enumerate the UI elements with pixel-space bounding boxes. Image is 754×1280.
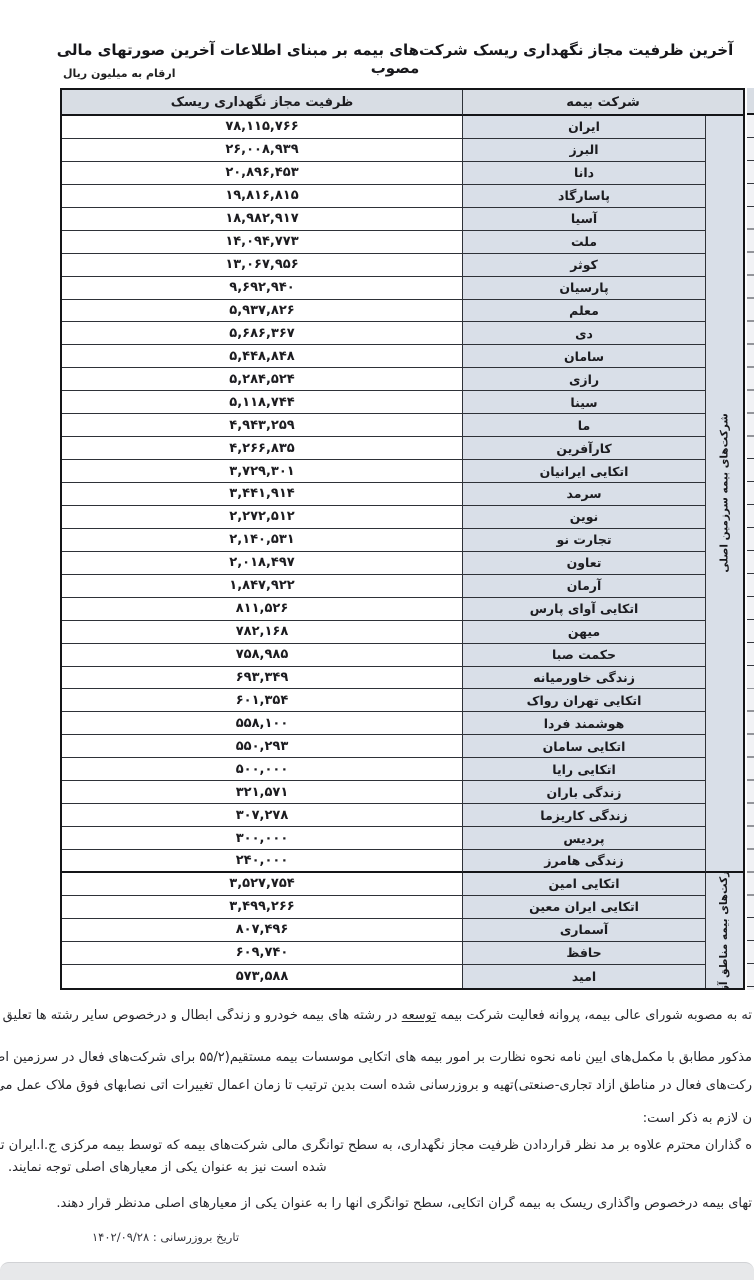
capacity-cell: ۸۱۱,۵۲۶ — [62, 598, 463, 621]
capacity-cell: ۵,۹۳۷,۸۲۶ — [62, 300, 463, 323]
footnote-3: ن لازم به ذکر است: — [0, 1111, 752, 1131]
capacity-cell: ۳,۴۹۹,۲۶۶ — [62, 896, 463, 919]
capacity-cell: ۶۹۳,۳۴۹ — [62, 667, 463, 690]
capacity-cell: ۶۰۱,۳۵۴ — [62, 689, 463, 712]
company-cell: سینا — [463, 391, 706, 414]
company-cell: تجارت نو — [463, 529, 706, 552]
company-cell: پاسارگاد — [463, 185, 706, 208]
company-cell: معلم — [463, 300, 706, 323]
company-cell: دانا — [463, 162, 706, 185]
capacity-cell: ۷۸,۱۱۵,۷۶۶ — [62, 116, 463, 139]
units-note: ارقام به میلیون ریال — [63, 67, 176, 80]
company-cell: رازی — [463, 368, 706, 391]
capacity-cell: ۵۰۰,۰۰۰ — [62, 758, 463, 781]
capacity-cell: ۲۶,۰۰۸,۹۳۹ — [62, 139, 463, 162]
company-cell: اتکایی سامان — [463, 735, 706, 758]
capacity-cell: ۱۹,۸۱۶,۸۱۵ — [62, 185, 463, 208]
company-cell: ایران — [463, 116, 706, 139]
company-cell: حکمت صبا — [463, 644, 706, 667]
company-cell: دی — [463, 322, 706, 345]
company-cell: آسیا — [463, 208, 706, 231]
update-date: تاریخ بروزرسانی : ۱۴۰۲/۰۹/۲۸ — [92, 1230, 239, 1244]
capacity-cell: ۴,۲۶۶,۸۳۵ — [62, 437, 463, 460]
company-cell: زندگی هامرز — [463, 850, 706, 873]
company-cell: تعاون — [463, 552, 706, 575]
capacity-column-header: ظرفیت مجاز نگهداری ریسک — [62, 90, 463, 116]
capacity-cell: ۳,۵۲۷,۷۵۴ — [62, 873, 463, 896]
company-cell: پارسیان — [463, 277, 706, 300]
footnote-1: ته به مصوبه شورای عالی بیمه، پروانه فعال… — [0, 1008, 752, 1028]
capacity-cell: ۵,۲۸۴,۵۲۴ — [62, 368, 463, 391]
company-cell: هوشمند فردا — [463, 712, 706, 735]
company-cell: سرمد — [463, 483, 706, 506]
footnote-4-line2: شده است نیز به عنوان یکی از معیارهای اصل… — [8, 1160, 327, 1175]
footnote-5: تهای بیمه درخصوص واگذاری ریسک به بیمه گر… — [0, 1196, 752, 1216]
company-cell: زندگی باران — [463, 781, 706, 804]
capacity-cell: ۵۷۳,۵۸۸ — [62, 965, 463, 988]
company-cell: اتکایی امین — [463, 873, 706, 896]
company-cell: سامان — [463, 345, 706, 368]
company-cell: میهن — [463, 621, 706, 644]
footnote-4-line1: ه گذاران محترم علاوه بر مد نظر قراردادن … — [0, 1138, 752, 1158]
capacity-cell: ۵۵۸,۱۰۰ — [62, 712, 463, 735]
group-label: شرکت‌های بیمه مناطق آزاد — [706, 873, 743, 988]
company-cell: زندگی خاورمیانه — [463, 667, 706, 690]
footnote-2-line1: مذکور مطابق با مکمل‌های آیین نامه نحوه ن… — [0, 1050, 752, 1070]
capacity-cell: ۵,۱۱۸,۷۴۴ — [62, 391, 463, 414]
company-cell: کارآفرین — [463, 437, 706, 460]
capacity-cell: ۳۰۰,۰۰۰ — [62, 827, 463, 850]
company-cell: اتکایی رایا — [463, 758, 706, 781]
capacity-cell: ۷۵۸,۹۸۵ — [62, 644, 463, 667]
group-label: شرکت‌های بیمه سرزمین اصلی — [706, 116, 743, 873]
capacity-cell: ۲,۲۷۲,۵۱۲ — [62, 506, 463, 529]
capacity-cell: ۵,۴۴۸,۸۴۸ — [62, 345, 463, 368]
company-cell: اتکایی ایران معین — [463, 896, 706, 919]
capacity-cell: ۹,۶۹۲,۹۴۰ — [62, 277, 463, 300]
company-cell: حافظ — [463, 942, 706, 965]
capacity-table: ظرفیت مجاز نگهداری ریسکشرکت بیمهشرکت‌های… — [60, 88, 745, 990]
cropped-table-edge-header — [747, 88, 754, 115]
capacity-cell: ۳۲۱,۵۷۱ — [62, 781, 463, 804]
company-cell: پردیس — [463, 827, 706, 850]
company-cell: اتکایی تهران رواک — [463, 689, 706, 712]
capacity-cell: ۲,۰۱۸,۴۹۷ — [62, 552, 463, 575]
company-cell: ملت — [463, 231, 706, 254]
capacity-cell: ۱,۸۴۷,۹۲۲ — [62, 575, 463, 598]
company-cell: البرز — [463, 139, 706, 162]
underlined-word: توسعه — [402, 1008, 436, 1023]
capacity-cell: ۵,۶۸۶,۳۶۷ — [62, 322, 463, 345]
company-cell: ما — [463, 414, 706, 437]
capacity-cell: ۳,۴۴۱,۹۱۴ — [62, 483, 463, 506]
app-bottom-bar — [0, 1262, 754, 1280]
company-cell: آرمان — [463, 575, 706, 598]
capacity-cell: ۶۰۹,۷۴۰ — [62, 942, 463, 965]
footnote-2-line2: رکت‌های فعال در مناطق آزاد تجاری-صنعتی)ت… — [0, 1078, 752, 1098]
capacity-cell: ۳۰۷,۲۷۸ — [62, 804, 463, 827]
capacity-cell: ۷۸۲,۱۶۸ — [62, 621, 463, 644]
company-cell: زندگی کاریزما — [463, 804, 706, 827]
company-cell: اتکایی ایرانیان — [463, 460, 706, 483]
company-column-header: شرکت بیمه — [463, 90, 743, 116]
company-cell: کوثر — [463, 254, 706, 277]
capacity-cell: ۱۴,۰۹۴,۷۷۳ — [62, 231, 463, 254]
capacity-cell: ۱۳,۰۶۷,۹۵۶ — [62, 254, 463, 277]
capacity-cell: ۲,۱۴۰,۵۳۱ — [62, 529, 463, 552]
capacity-cell: ۳,۷۲۹,۳۰۱ — [62, 460, 463, 483]
company-cell: آسماری — [463, 919, 706, 942]
capacity-cell: ۴,۹۴۳,۲۵۹ — [62, 414, 463, 437]
capacity-cell: ۸۰۷,۴۹۶ — [62, 919, 463, 942]
group-label-text: شرکت‌های بیمه سرزمین اصلی — [719, 414, 731, 573]
capacity-cell: ۱۸,۹۸۲,۹۱۷ — [62, 208, 463, 231]
capacity-cell: ۲۰,۸۹۶,۴۵۳ — [62, 162, 463, 185]
capacity-cell: ۲۴۰,۰۰۰ — [62, 850, 463, 873]
cropped-table-edge-rows — [747, 115, 754, 990]
company-cell: امید — [463, 965, 706, 988]
company-cell: اتکایی آوای پارس — [463, 598, 706, 621]
capacity-cell: ۵۵۰,۲۹۳ — [62, 735, 463, 758]
group-label-text: شرکت‌های بیمه مناطق آزاد — [719, 873, 731, 988]
company-cell: نوین — [463, 506, 706, 529]
